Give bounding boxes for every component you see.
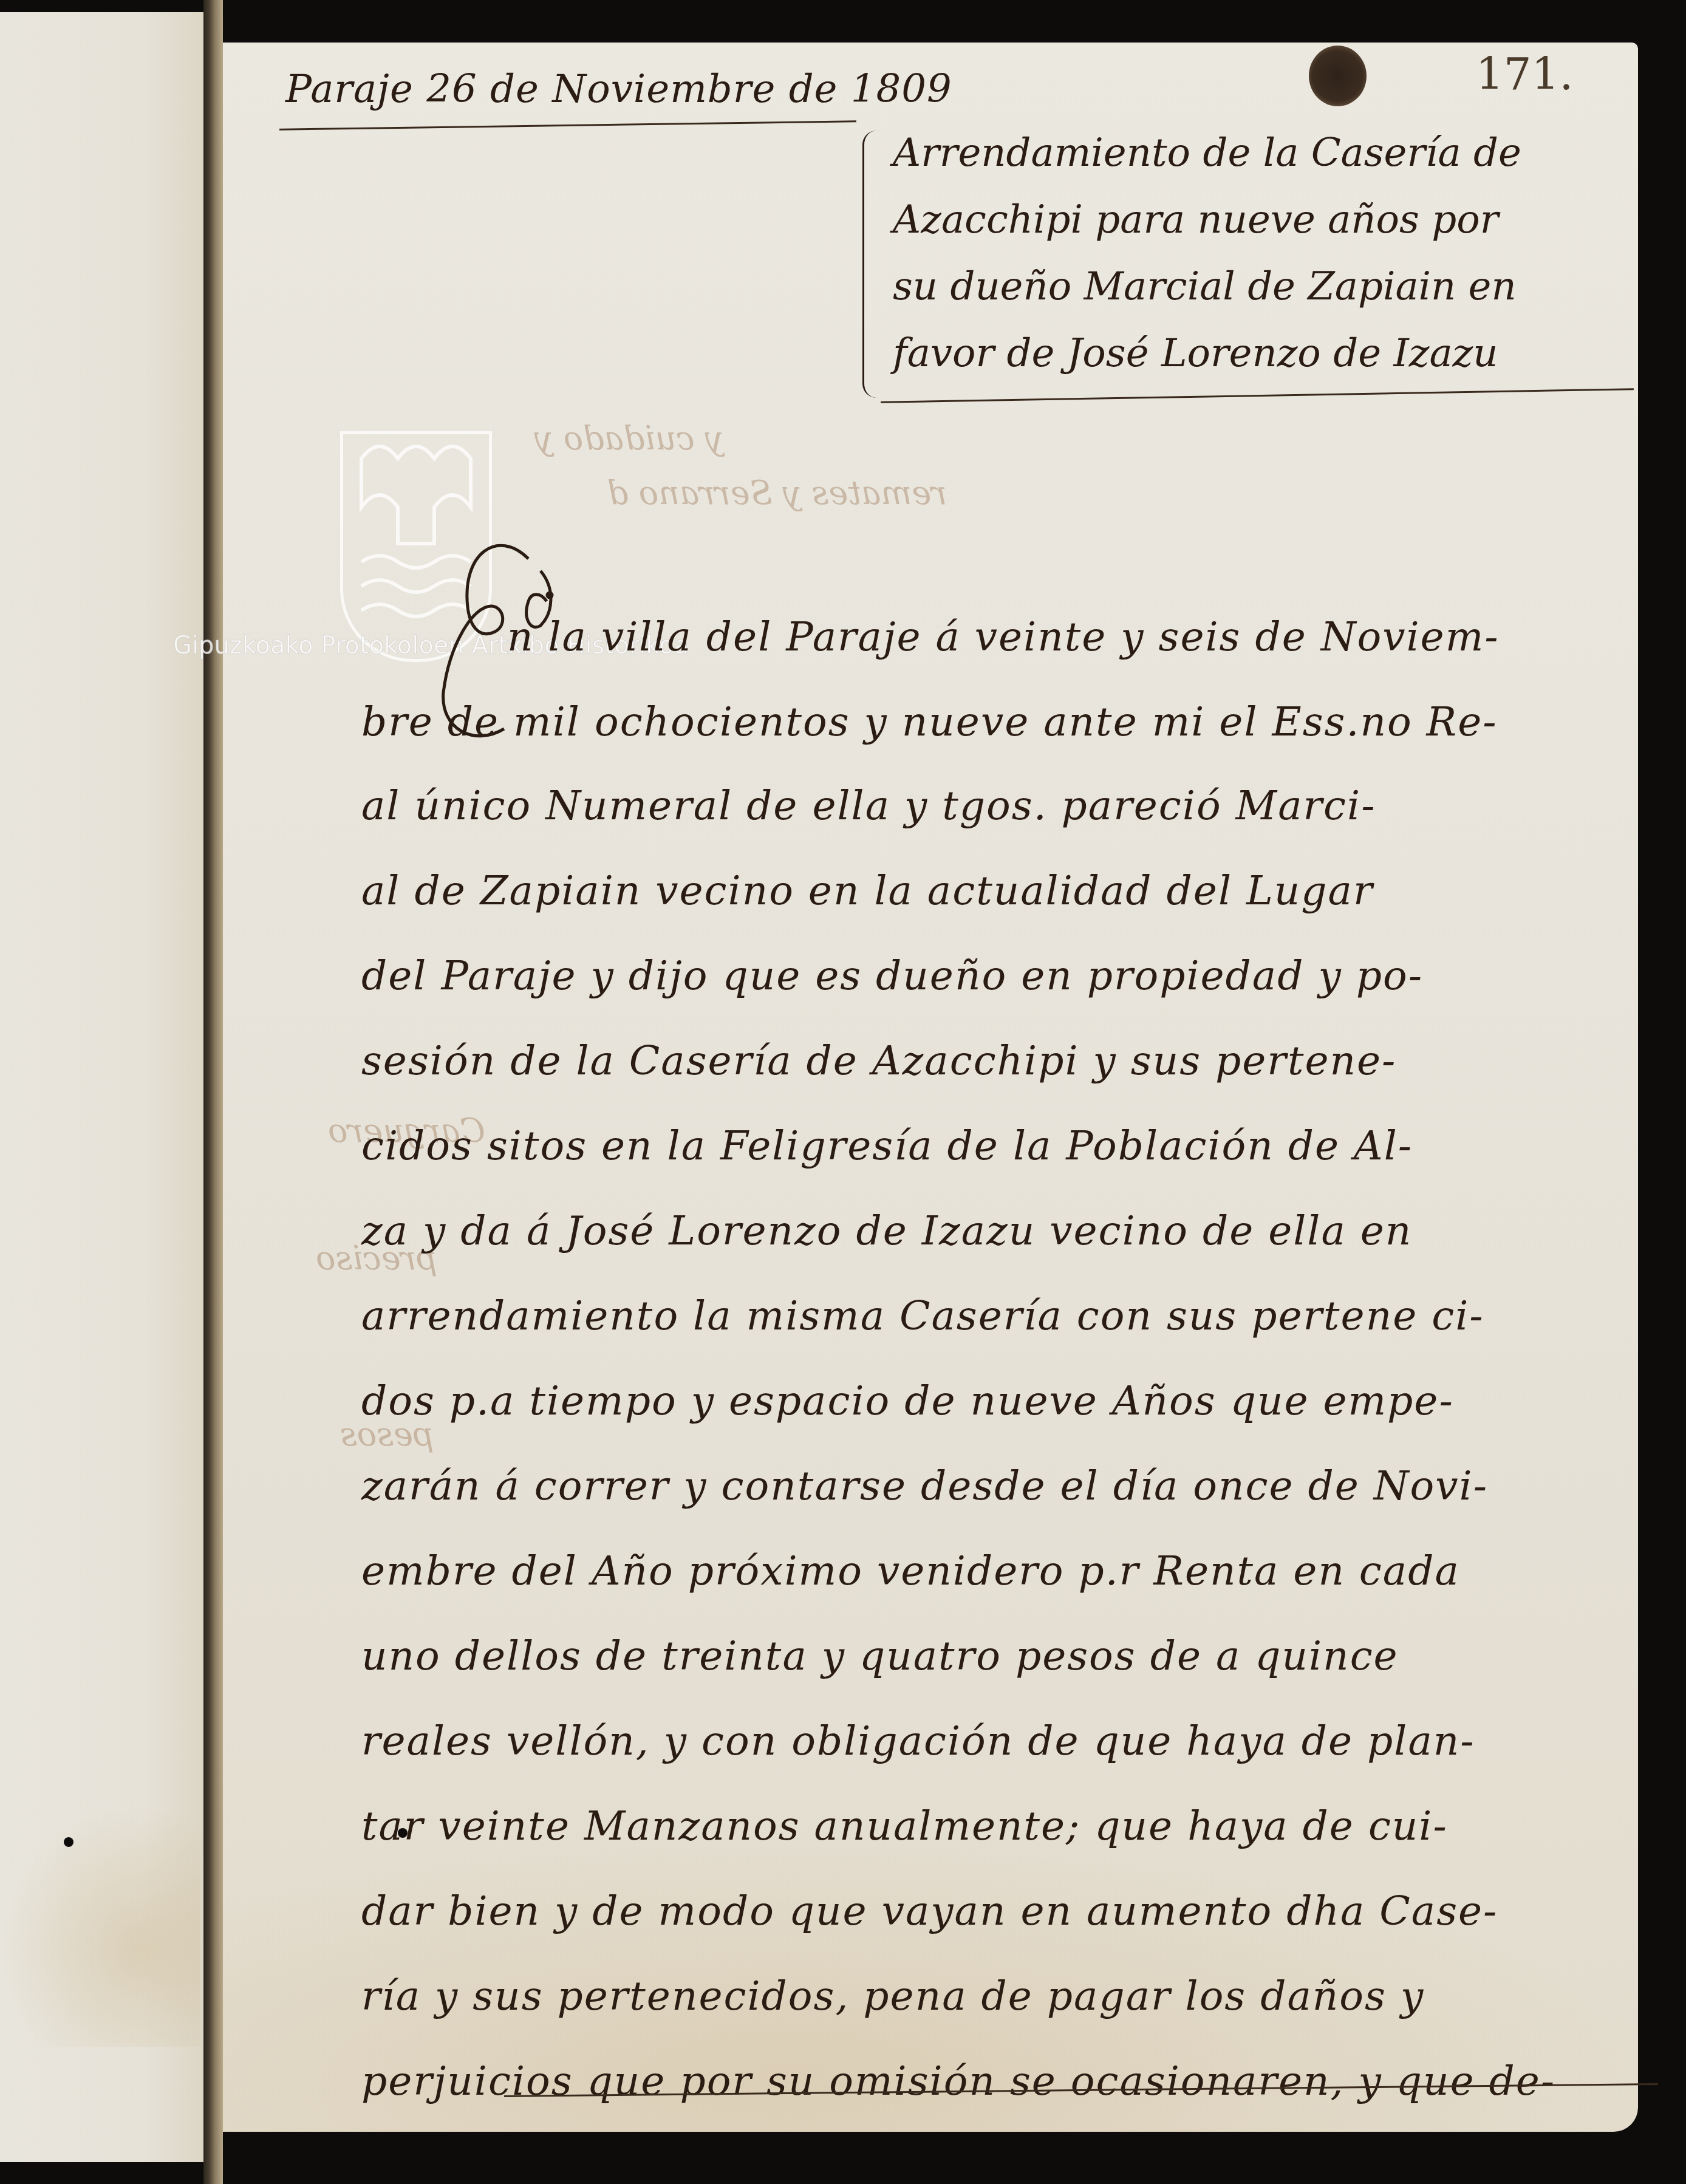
summary-line: favor de José Lorenzo de Izazu [893, 331, 1498, 376]
summary-line: Azacchipi para nueve años por [893, 197, 1498, 242]
body-line: zarán á correr y contarse desde el día o… [361, 1462, 1488, 1509]
bleed-through-text: remates y Serrano d [607, 474, 947, 512]
body-line: uno dellos de treinta y quatro pesos de … [361, 1633, 1399, 1679]
bracket-mark [862, 131, 876, 398]
body-line: arrendamiento la misma Casería con sus p… [361, 1292, 1484, 1339]
body-line: za y da á José Lorenzo de Izazu vecino d… [361, 1207, 1412, 1254]
left-page-verso [0, 12, 203, 2162]
body-line: bre de mil ochocientos y nueve ante mi e… [361, 698, 1498, 745]
body-line: al de Zapiain vecino en la actualidad de… [361, 867, 1373, 914]
punch-hole [398, 1828, 408, 1838]
body-line: ría y sus pertenecidos, pena de pagar lo… [361, 1973, 1424, 2019]
body-line: dos p.a tiempo y espacio de nueve Años q… [361, 1377, 1454, 1424]
body-line: embre del Año próximo venidero p.r Renta… [361, 1548, 1460, 1594]
book-gutter [203, 0, 223, 2184]
body-line: perjuicios que por su omisión se ocasion… [361, 2058, 1555, 2104]
body-line: al único Numeral de ella y tgos. pareció… [361, 782, 1376, 829]
summary-line: Arrendamiento de la Casería de [893, 131, 1521, 176]
folio-number: 171. [1476, 49, 1573, 100]
document-header: Paraje 26 de Noviembre de 1809 [285, 67, 952, 112]
body-line: cidos sitos en la Feligresía de la Pobla… [361, 1122, 1413, 1169]
body-line: n la villa del Paraje á veinte y seis de… [507, 613, 1500, 660]
summary-line: su dueño Marcial de Zapiain en [893, 264, 1517, 309]
ink-blot-seal [1309, 46, 1367, 106]
body-line: sesión de la Casería de Azacchipi y sus … [361, 1037, 1396, 1084]
body-line: reales vellón, y con obligación de que h… [361, 1718, 1475, 1764]
punch-hole [64, 1837, 73, 1847]
water-stain [0, 1804, 200, 2047]
body-line: tar veinte Manzanos anualmente; que haya… [361, 1803, 1448, 1849]
bleed-through-text: y cuidado y [534, 419, 723, 457]
body-line: dar bien y de modo que vayan en aumento … [361, 1888, 1498, 1934]
body-line: del Paraje y dijo que es dueño en propie… [361, 952, 1423, 999]
